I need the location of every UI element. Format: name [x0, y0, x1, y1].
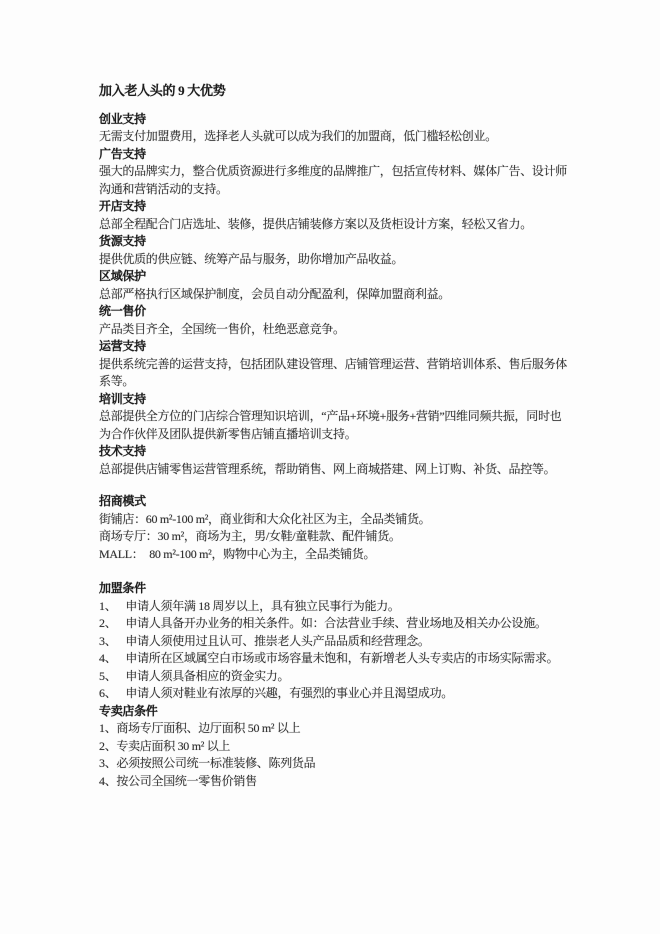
advantage-block-store-opening: 开店支持 总部全程配合门店选址、装修，提供店铺装修方案以及货柜设计方案，轻松又省… — [99, 198, 571, 233]
advantage-block-technology: 技术支持 总部提供店铺零售运营管理系统，帮助销售、网上商城搭建、网上订购、补货、… — [99, 443, 571, 478]
store-condition-item: 1、商场专厅面积、边厅面积 50 m² 以上 — [99, 720, 571, 738]
item-number: 3、 — [99, 633, 116, 651]
section-heading: 加盟条件 — [99, 580, 571, 598]
store-conditions-section: 专卖店条件 1、商场专厅面积、边厅面积 50 m² 以上 2、专卖店面积 30 … — [99, 703, 571, 791]
store-condition-item: 4、按公司全国统一零售价销售 — [99, 773, 571, 791]
advantage-heading: 区域保护 — [99, 268, 571, 286]
condition-item: 1、 申请人须年满 18 周岁以上，具有独立民事行为能力。 — [99, 598, 571, 616]
advantage-heading: 运营支持 — [99, 338, 571, 356]
document-content: 加入老人头的 9 大优势 创业支持 无需支付加盟费用，选择老人头就可以成为我们的… — [99, 82, 571, 790]
advantage-body: 总部提供全方位的门店综合管理知识培训，“产品+环境+服务+营销”四维同频共振，同… — [99, 408, 571, 443]
section-heading: 招商模式 — [99, 493, 571, 511]
document-page: 加入老人头的 9 大优势 创业支持 无需支付加盟费用，选择老人头就可以成为我们的… — [0, 0, 660, 934]
advantage-heading: 货源支持 — [99, 233, 571, 251]
page-title: 加入老人头的 9 大优势 — [99, 82, 571, 100]
store-condition-item: 2、专卖店面积 30 m² 以上 — [99, 738, 571, 756]
join-conditions-section: 加盟条件 1、 申请人须年满 18 周岁以上，具有独立民事行为能力。 2、 申请… — [99, 580, 571, 703]
advantage-heading: 开店支持 — [99, 198, 571, 216]
condition-item: 6、 申请人须对鞋业有浓厚的兴趣，有强烈的事业心并且渴望成功。 — [99, 685, 571, 703]
advantage-heading: 统一售价 — [99, 303, 571, 321]
item-text: 申请人具备开办业务的相关条件。如：合法营业手续、营业场地及相关办公设施。 — [125, 615, 571, 633]
item-number: 2、 — [99, 615, 116, 633]
advantage-body: 产品类目齐全，全国统一售价，杜绝恶意竞争。 — [99, 321, 571, 339]
advantage-heading: 创业支持 — [99, 111, 571, 129]
advantage-block-training: 培训支持 总部提供全方位的门店综合管理知识培训，“产品+环境+服务+营销”四维同… — [99, 391, 571, 444]
advantage-heading: 技术支持 — [99, 443, 571, 461]
advantage-body: 无需支付加盟费用，选择老人头就可以成为我们的加盟商，低门槛轻松创业。 — [99, 128, 571, 146]
advantage-block-region-protection: 区域保护 总部严格执行区域保护制度，会员自动分配盈利，保障加盟商利益。 — [99, 268, 571, 303]
item-number: 1、 — [99, 598, 116, 616]
business-model-item: MALL： 80 m²-100 m²，购物中心为主，全品类铺货。 — [99, 546, 571, 564]
item-number: 6、 — [99, 685, 116, 703]
business-model-item: 街铺店：60 m²-100 m²，商业街和大众化社区为主，全品类铺货。 — [99, 511, 571, 529]
item-text: 申请人须具备相应的资金实力。 — [125, 668, 571, 686]
condition-item: 3、 申请人须使用过且认可、推崇老人头产品品质和经营理念。 — [99, 633, 571, 651]
section-heading: 专卖店条件 — [99, 703, 571, 721]
item-number: 4、 — [99, 650, 116, 668]
item-text: 申请所在区域属空白市场或市场容量未饱和，有新增老人头专卖店的市场实际需求。 — [125, 650, 571, 668]
advantage-body: 总部严格执行区域保护制度，会员自动分配盈利，保障加盟商利益。 — [99, 286, 571, 304]
condition-item: 5、 申请人须具备相应的资金实力。 — [99, 668, 571, 686]
advantage-block-operations: 运营支持 提供系统完善的运营支持，包括团队建设管理、店铺管理运营、营销培训体系、… — [99, 338, 571, 391]
advantage-block-unified-price: 统一售价 产品类目齐全，全国统一售价，杜绝恶意竞争。 — [99, 303, 571, 338]
business-model-section: 招商模式 街铺店：60 m²-100 m²，商业街和大众化社区为主，全品类铺货。… — [99, 493, 571, 563]
store-condition-item: 3、必须按照公司统一标准装修、陈列货品 — [99, 755, 571, 773]
advantage-block-advertising: 广告支持 强大的品牌实力，整合优质资源进行多维度的品牌推广，包括宣传材料、媒体广… — [99, 146, 571, 199]
advantage-body: 提供优质的供应链、统筹产品与服务，助你增加产品收益。 — [99, 251, 571, 269]
item-text: 申请人须使用过且认可、推崇老人头产品品质和经营理念。 — [125, 633, 571, 651]
advantage-block-supply: 货源支持 提供优质的供应链、统筹产品与服务，助你增加产品收益。 — [99, 233, 571, 268]
advantage-block-startup: 创业支持 无需支付加盟费用，选择老人头就可以成为我们的加盟商，低门槛轻松创业。 — [99, 111, 571, 146]
condition-item: 4、 申请所在区域属空白市场或市场容量未饱和，有新增老人头专卖店的市场实际需求。 — [99, 650, 571, 668]
advantage-body: 提供系统完善的运营支持，包括团队建设管理、店铺管理运营、营销培训体系、售后服务体… — [99, 356, 571, 391]
advantage-heading: 广告支持 — [99, 146, 571, 164]
condition-item: 2、 申请人具备开办业务的相关条件。如：合法营业手续、营业场地及相关办公设施。 — [99, 615, 571, 633]
item-text: 申请人须年满 18 周岁以上，具有独立民事行为能力。 — [125, 598, 571, 616]
advantage-heading: 培训支持 — [99, 391, 571, 409]
business-model-item: 商场专厅：30 m²，商场为主，男/女鞋/童鞋款、配件铺货。 — [99, 528, 571, 546]
advantage-body: 强大的品牌实力，整合优质资源进行多维度的品牌推广，包括宣传材料、媒体广告、设计师… — [99, 163, 571, 198]
advantage-body: 总部全程配合门店选址、装修，提供店铺装修方案以及货柜设计方案，轻松又省力。 — [99, 216, 571, 234]
advantage-body: 总部提供店铺零售运营管理系统，帮助销售、网上商城搭建、网上订购、补货、品控等。 — [99, 461, 571, 479]
item-text: 申请人须对鞋业有浓厚的兴趣，有强烈的事业心并且渴望成功。 — [125, 685, 571, 703]
item-number: 5、 — [99, 668, 116, 686]
